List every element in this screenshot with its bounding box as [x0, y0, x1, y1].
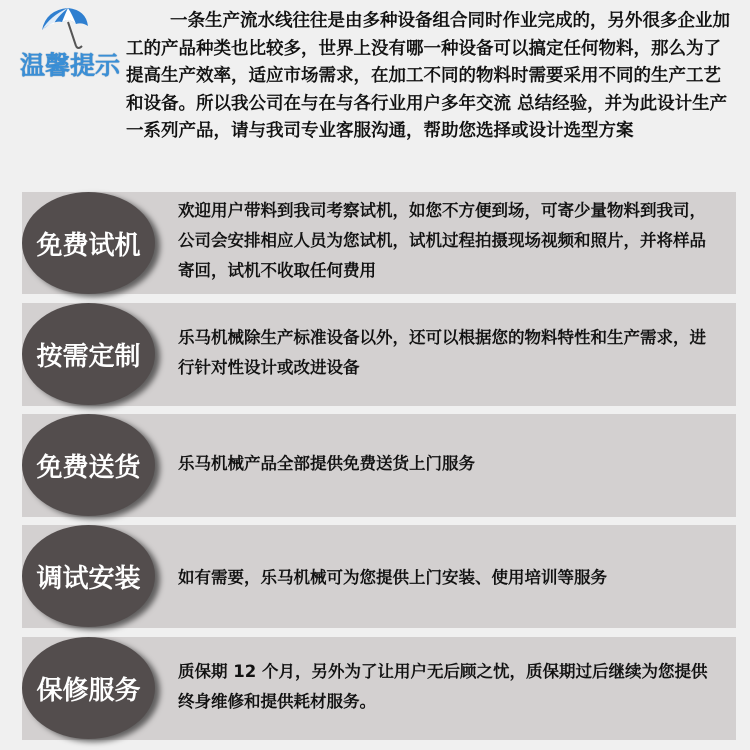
service-badge: 免费送货: [22, 414, 155, 516]
service-description: 质保期 12 个月，另外为了让用户无后顾之忧，质保期过后继续为您提供终身维修和提…: [178, 657, 718, 717]
service-description: 乐马机械产品全部提供免费送货上门服务: [178, 449, 718, 479]
service-badge: 保修服务: [22, 637, 155, 739]
intro-paragraph: 一条生产流水线往往是由多种设备组合同时作业完成的，另外很多企业加工的产品种类也比…: [126, 8, 736, 146]
service-description: 欢迎用户带料到我司考察试机，如您不方便到场，可寄少量物料到我司，公司会安排相应人…: [178, 196, 718, 286]
service-description: 如有需要，乐马机械可为您提供上门安装、使用培训等服务: [178, 563, 718, 593]
service-panel-custom: 按需定制 乐马机械除生产标准设备以外，还可以根据您的物料特性和生产需求，进行针对…: [22, 303, 736, 406]
service-panel-delivery: 免费送货 乐马机械产品全部提供免费送货上门服务: [22, 414, 736, 517]
service-panel-warranty: 保修服务 质保期 12 个月，另外为了让用户无后顾之忧，质保期过后继续为您提供终…: [22, 637, 736, 740]
logo-text: 温馨提示: [20, 46, 120, 82]
service-panel-free-trial: 免费试机 欢迎用户带料到我司考察试机，如您不方便到场，可寄少量物料到我司，公司会…: [22, 192, 736, 294]
umbrella-icon: [36, 6, 92, 50]
service-description: 乐马机械除生产标准设备以外，还可以根据您的物料特性和生产需求，进行针对性设计或改…: [178, 323, 718, 383]
service-panel-installation: 调试安装 如有需要，乐马机械可为您提供上门安装、使用培训等服务: [22, 525, 736, 628]
service-badge: 免费试机: [22, 192, 155, 294]
service-badge: 按需定制: [22, 303, 155, 405]
service-badge: 调试安装: [22, 525, 155, 627]
